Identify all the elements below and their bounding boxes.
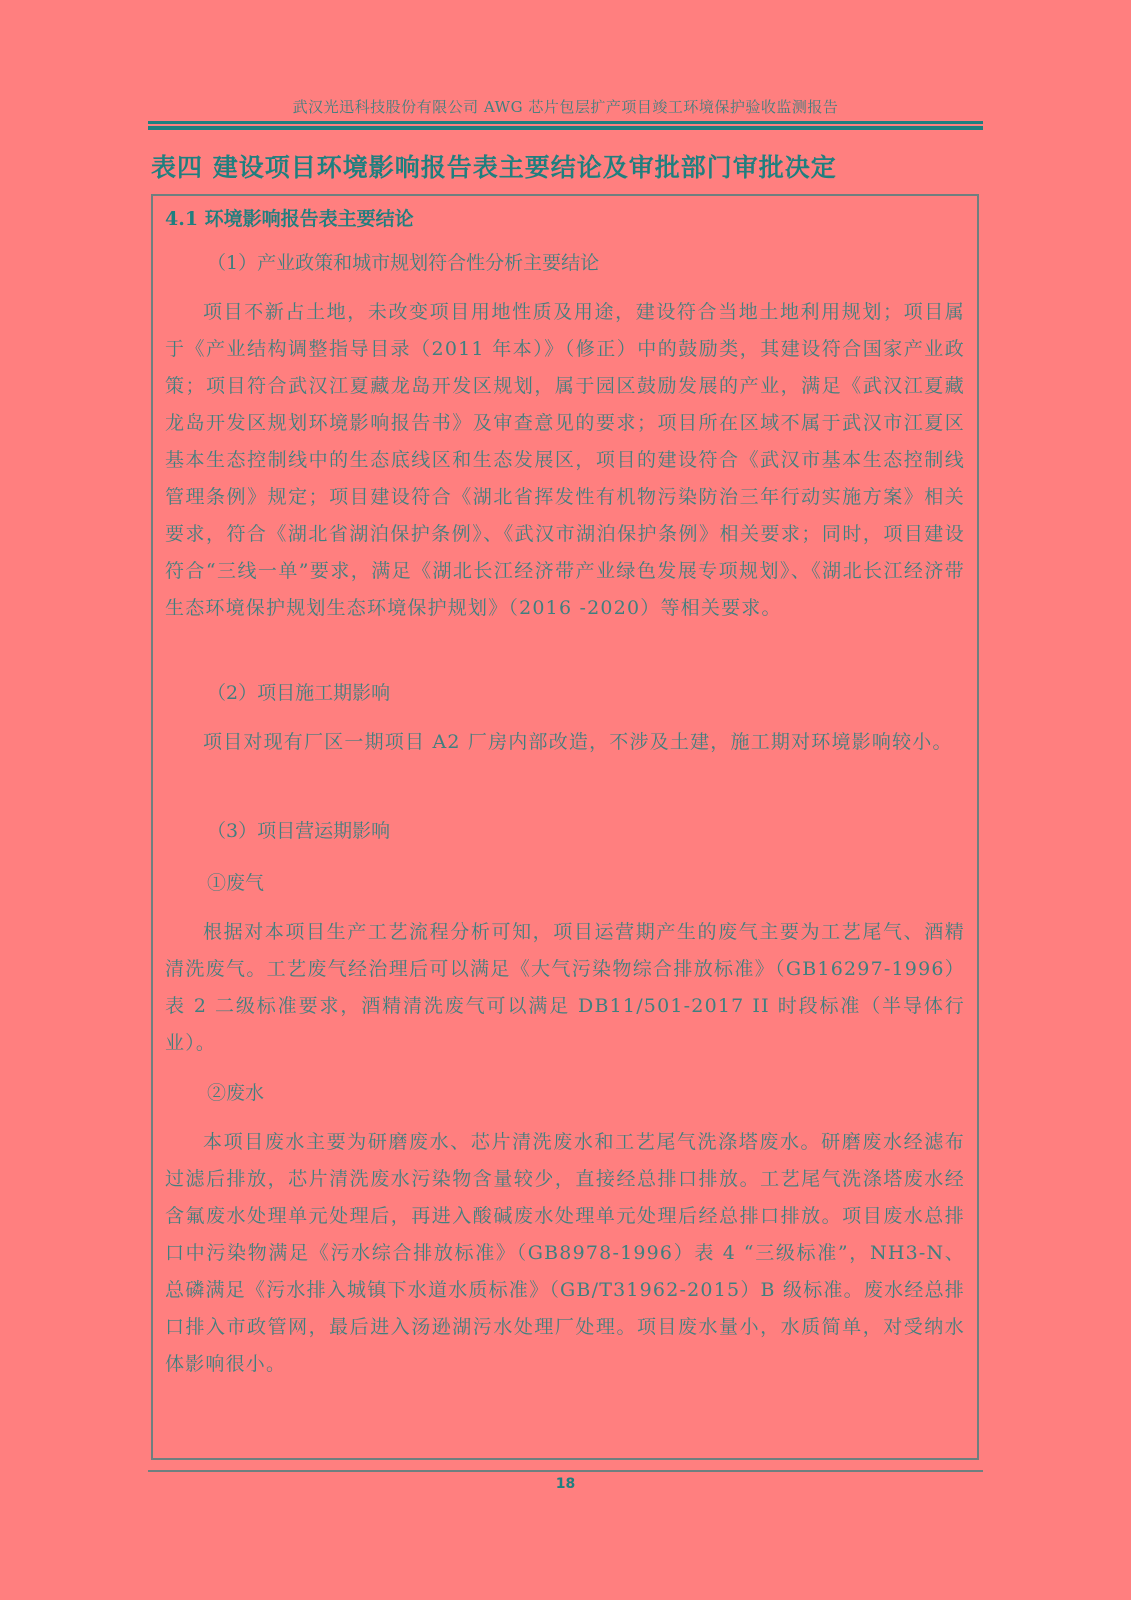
- subsection-3-heading: （3）项目营运期影响: [207, 816, 390, 843]
- header-rule-thin: [148, 121, 983, 124]
- subsection-2-paragraph: 项目对现有厂区一期项目 A2 厂房内部改造，不涉及土建，施工期对环境影响较小。: [165, 724, 965, 761]
- content-box: 4.1 环境影响报告表主要结论 （1）产业政策和城市规划符合性分析主要结论 项目…: [151, 194, 979, 1460]
- header-rule-thick: [148, 126, 983, 130]
- running-header: 武汉光迅科技股份有限公司 AWG 芯片包层扩产项目竣工环境保护验收监测报告: [148, 96, 983, 117]
- waste-gas-paragraph: 根据对本项目生产工艺流程分析可知，项目运营期产生的废气主要为工艺尾气、酒精清洗废…: [165, 914, 965, 1062]
- table-title: 表四 建设项目环境影响报告表主要结论及审批部门审批决定: [151, 148, 837, 184]
- waste-gas-heading: ①废气: [207, 868, 264, 895]
- waste-water-paragraph: 本项目废水主要为研磨废水、芯片清洗废水和工艺尾气洗涤塔废水。研磨废水经滤布过滤后…: [165, 1124, 965, 1383]
- section-heading: 4.1 环境影响报告表主要结论: [165, 204, 414, 231]
- footer-rule: [148, 1470, 983, 1472]
- subsection-2-heading: （2）项目施工期影响: [207, 678, 390, 705]
- subsection-1-heading: （1）产业政策和城市规划符合性分析主要结论: [207, 248, 599, 275]
- subsection-1-paragraph: 项目不新占土地，未改变项目用地性质及用途，建设符合当地土地利用规划；项目属于《产…: [165, 294, 965, 627]
- waste-water-heading: ②废水: [207, 1078, 264, 1105]
- page-number: 18: [148, 1476, 983, 1492]
